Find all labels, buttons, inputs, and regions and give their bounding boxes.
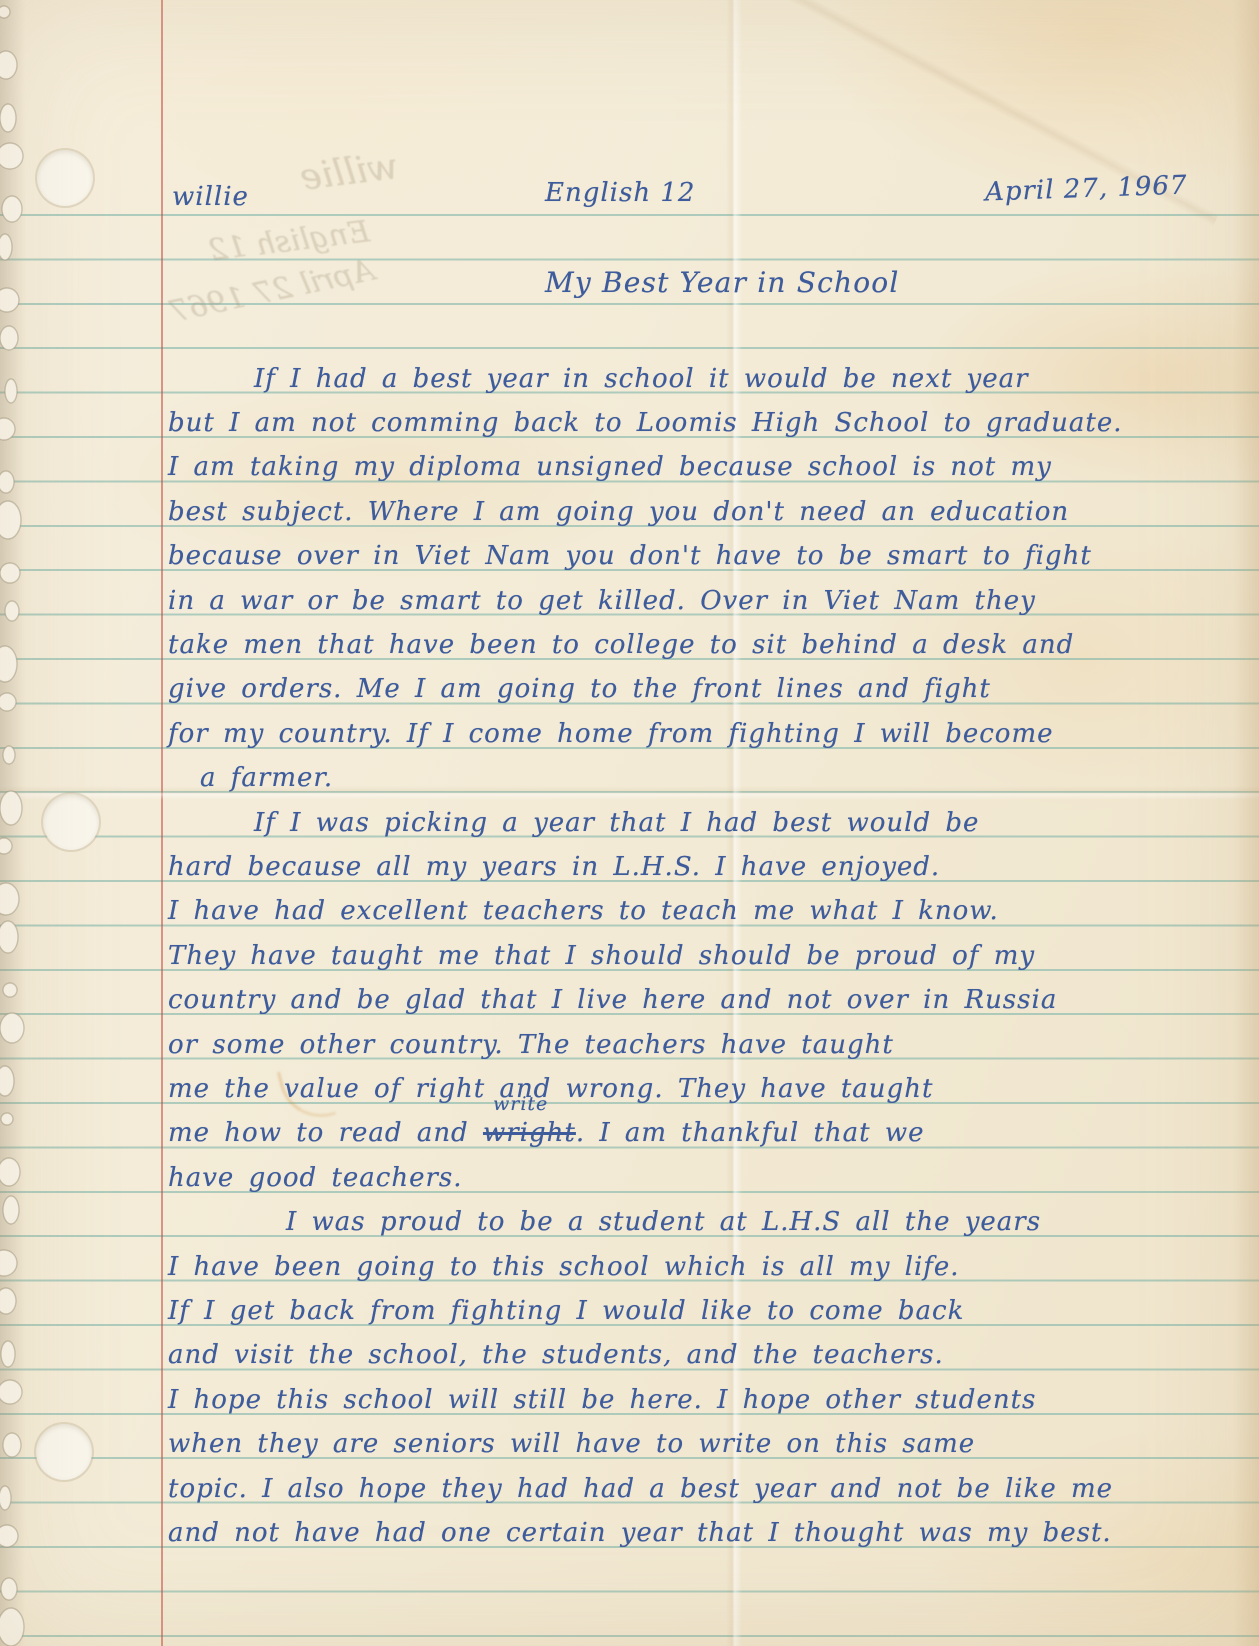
punched-hole-middle (43, 794, 99, 850)
essay-line: I hope this school will still be here. I… (168, 1383, 1036, 1417)
essay-line: and not have had one certain year that I… (168, 1516, 1112, 1550)
essay-line: country and be glad that I live here and… (168, 983, 1057, 1017)
essay-line: give orders. Me I am going to the front … (168, 672, 991, 706)
essay-line: me how to read and wrightwrite. I am tha… (168, 1116, 925, 1150)
date-label: April 27, 1967 (985, 170, 1188, 207)
corrected-word: wrightwrite (483, 1116, 576, 1150)
essay-line: I am taking my diploma unsigned because … (168, 450, 1052, 484)
essay-line: because over in Viet Nam you don't have … (168, 539, 1092, 573)
essay-line: or some other country. The teachers have… (168, 1028, 894, 1062)
essay-line: have good teachers. (168, 1161, 463, 1195)
notebook-page: willie English 12 April 27 1967 willie E… (0, 0, 1259, 1646)
essay-line: in a war or be smart to get killed. Over… (168, 584, 1036, 618)
torn-edge (0, 0, 34, 1646)
ghost-text-name: willie (298, 146, 400, 199)
essay-line: I have had excellent teachers to teach m… (168, 894, 999, 928)
essay-line: take men that have been to college to si… (168, 628, 1074, 662)
punched-hole-top (37, 150, 93, 206)
essay-line: and visit the school, the students, and … (168, 1338, 944, 1372)
essay-line: for my country. If I come home from figh… (168, 717, 1054, 751)
red-margin-line (161, 0, 163, 1646)
essay-line: I was proud to be a student at L.H.S all… (286, 1205, 1041, 1239)
essay-line: topic. I also hope they had had a best y… (168, 1472, 1113, 1506)
essay-line: I have been going to this school which i… (168, 1250, 960, 1284)
essay-line: If I get back from fighting I would like… (168, 1294, 964, 1328)
essay-line: If I was picking a year that I had best … (254, 806, 979, 840)
right-edge-shading (1233, 0, 1259, 1646)
course-label: English 12 (545, 178, 695, 208)
essay-line: but I am not comming back to Loomis High… (168, 406, 1122, 440)
essay-line: They have taught me that I should should… (168, 939, 1035, 973)
punched-hole-bottom (36, 1424, 92, 1480)
essay-title: My Best Year in School (545, 266, 900, 299)
horizontal-fold-crease (0, 786, 1259, 800)
essay-line: If I had a best year in school it would … (254, 362, 1029, 396)
essay-line: a farmer. (200, 761, 333, 795)
essay-line: when they are seniors will have to write… (168, 1427, 975, 1461)
essay-line: hard because all my years in L.H.S. I ha… (168, 850, 940, 884)
essay-line: best subject. Where I am going you don't… (168, 495, 1069, 529)
student-name: willie (172, 182, 249, 212)
